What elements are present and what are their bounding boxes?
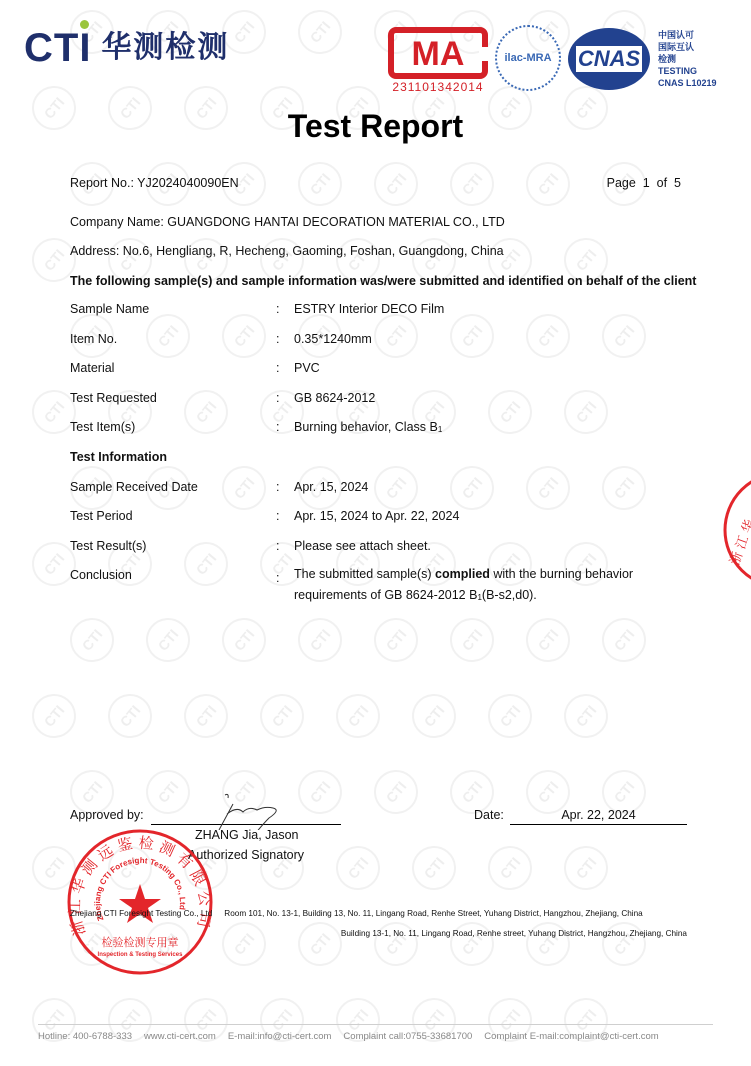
- page-title: Test Report: [0, 108, 751, 145]
- cti-watermark-icon: CTI: [289, 153, 351, 215]
- cti-watermark-icon: CTI: [251, 837, 313, 899]
- info-row-received-date: Sample Received Date : Apr. 15, 2024: [70, 480, 690, 510]
- ilac-mra-logo-icon: ilac-MRA: [495, 25, 561, 91]
- cti-watermark-icon: CTI: [327, 685, 389, 747]
- cti-watermark-icon: CTI: [327, 837, 389, 899]
- cma-certification-mark: MA 231101342014: [388, 27, 488, 94]
- cti-watermark-icon: CTI: [289, 761, 351, 823]
- cti-watermark-icon: CTI: [213, 913, 275, 975]
- footer-website[interactable]: www.cti-cert.com: [144, 1031, 216, 1042]
- cti-watermark-icon: CTI: [365, 761, 427, 823]
- cti-watermark-icon: CTI: [441, 913, 503, 975]
- footer-complaint-email[interactable]: Complaint E-mail:complaint@cti-cert.com: [484, 1031, 658, 1042]
- page-indicator: Page 1 of 5: [607, 176, 681, 190]
- cti-watermark-icon: CTI: [479, 685, 541, 747]
- company-address: Address: No.6, Hengliang, R, Hecheng, Ga…: [70, 244, 504, 258]
- test-items-value: Burning behavior, Class B1: [294, 420, 442, 434]
- conclusion-text: The submitted sample(s) complied with th…: [294, 564, 674, 608]
- cnas-accreditation-text: 中国认可 国际互认 检测 TESTING CNAS L10219: [658, 29, 717, 89]
- cti-watermark-icon: CTI: [479, 837, 541, 899]
- date-line: [510, 824, 687, 825]
- logo-chinese-name: 华测检测: [101, 28, 229, 68]
- cti-watermark-icon: CTI: [593, 913, 655, 975]
- footer-email[interactable]: E-mail:info@cti-cert.com: [228, 1031, 332, 1042]
- cti-watermark-icon: CTI: [517, 153, 579, 215]
- sample-information-table: Sample Name : ESTRY Interior DECO Film I…: [70, 302, 690, 618]
- info-row-test-period: Test Period : Apr. 15, 2024 to Apr. 22, …: [70, 509, 690, 539]
- company-seal-icon: 浙 江 华 测 远 鉴 检 测 有 限 公 司 Zhejiang CTI For…: [66, 828, 214, 976]
- report-number: Report No.: YJ2024040090EN: [70, 176, 239, 190]
- lab-address-line-1: Zhejiang CTI Foresight Testing Co., LtdR…: [70, 909, 643, 918]
- approval-date: Apr. 22, 2024: [510, 808, 687, 822]
- footer-hotline: Hotline: 400-6788-333: [38, 1031, 132, 1042]
- cma-logo-icon: MA: [388, 27, 488, 79]
- cti-watermark-icon: CTI: [517, 913, 579, 975]
- info-row-sample-name: Sample Name : ESTRY Interior DECO Film: [70, 302, 690, 332]
- test-information-heading: Test Information: [70, 450, 690, 480]
- cma-number: 231101342014: [388, 80, 488, 94]
- company-name: Company Name: GUANGDONG HANTAI DECORATIO…: [70, 215, 505, 229]
- cti-watermark-icon: CTI: [555, 837, 617, 899]
- cti-watermark-icon: CTI: [441, 153, 503, 215]
- info-row-item-no: Item No. : 0.35*1240mm: [70, 332, 690, 362]
- cti-watermark-icon: CTI: [289, 1, 351, 63]
- info-row-test-items: Test Item(s) : Burning behavior, Class B…: [70, 420, 690, 450]
- footer-contact: Hotline: 400-6788-333 www.cti-cert.com E…: [38, 1031, 659, 1042]
- info-row-test-requested: Test Requested : GB 8624-2012: [70, 391, 690, 421]
- cti-watermark-icon: CTI: [99, 685, 161, 747]
- cti-logo: CTI 华测检测: [24, 28, 229, 68]
- cti-watermark-icon: CTI: [289, 913, 351, 975]
- signature-icon: [205, 790, 295, 830]
- lab-address-line-2: Building 13-1, No. 11, Lingang Road, Ren…: [341, 929, 687, 938]
- cti-watermark-icon: CTI: [555, 685, 617, 747]
- info-row-material: Material : PVC: [70, 361, 690, 391]
- cti-watermark-icon: CTI: [403, 685, 465, 747]
- info-row-conclusion: Conclusion : The submitted sample(s) com…: [70, 568, 690, 618]
- page-edge-seal-icon: 浙 江 华: [722, 470, 751, 590]
- footer-complaint-call: Complaint call:0755-33681700: [343, 1031, 472, 1042]
- footer-divider: [38, 1024, 713, 1025]
- lab-name: Zhejiang CTI Foresight Testing Co., Ltd: [70, 909, 212, 918]
- cti-watermark-icon: CTI: [23, 685, 85, 747]
- approved-by-label: Approved by:: [70, 808, 144, 822]
- cti-watermark-icon: CTI: [403, 837, 465, 899]
- cti-watermark-icon: CTI: [137, 761, 199, 823]
- cti-watermark-icon: CTI: [365, 153, 427, 215]
- svg-text:浙 江 华: 浙 江 华: [727, 517, 751, 567]
- submission-notice: The following sample(s) and sample infor…: [70, 274, 696, 288]
- cnas-logo-icon: CNAS: [568, 28, 650, 90]
- svg-text:检验检测专用章: 检验检测专用章: [102, 935, 179, 949]
- cti-watermark-icon: CTI: [251, 685, 313, 747]
- cti-watermark-icon: CTI: [365, 913, 427, 975]
- cti-watermark-icon: CTI: [175, 685, 237, 747]
- svg-text:Inspection & Testing Services: Inspection & Testing Services: [98, 952, 184, 958]
- logo-brand: CTI: [24, 28, 91, 68]
- date-label: Date:: [474, 808, 504, 822]
